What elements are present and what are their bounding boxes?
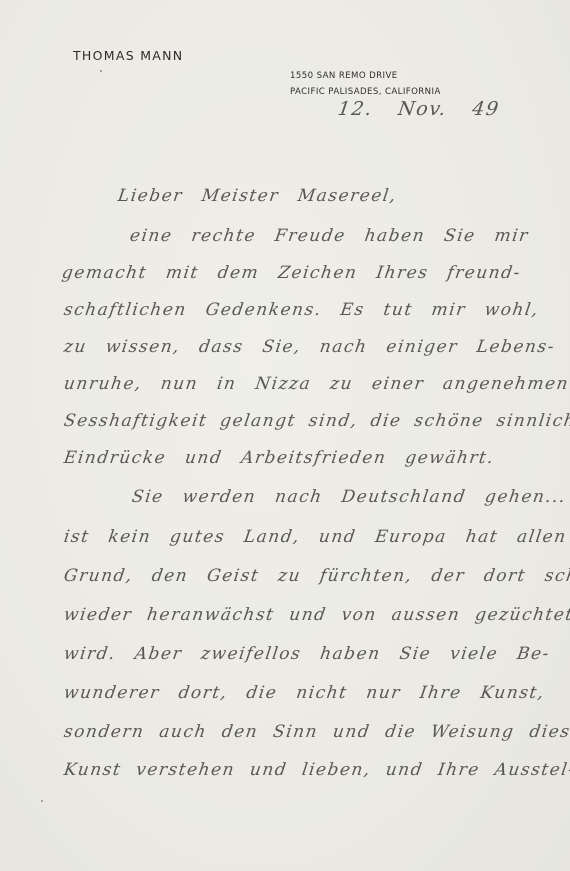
body-line-9: ist kein gutes Land, und Europa hat alle… [63, 527, 568, 547]
body-line-15: Kunst verstehen und lieben, und Ihre Aus… [63, 760, 570, 780]
body-line-4: zu wissen, dass Sie, nach einiger Lebens… [63, 337, 557, 357]
body-line-3: schaftlichen Gedenkens. Es tut mir wohl, [63, 300, 541, 320]
body-line-5: unruhe, nun in Nizza zu einer angenehmen [63, 374, 570, 394]
paper-speck [100, 70, 102, 72]
body-line-1: eine rechte Freude haben Sie mir [129, 226, 531, 246]
address-line-street: 1550 SAN REMO DRIVE [290, 68, 441, 84]
body-line-14: sondern auch den Sinn und die Weisung di… [63, 722, 570, 742]
body-line-8: Sie werden nach Deutschland gehen... Es [131, 487, 570, 507]
letter-paper: THOMAS MANN 1550 SAN REMO DRIVE PACIFIC … [0, 0, 570, 871]
salutation: Lieber Meister Masereel, [117, 186, 399, 206]
body-line-10: Grund, den Geist zu fürchten, der dort s… [63, 566, 570, 586]
letterhead-name: THOMAS MANN [73, 48, 183, 63]
body-line-7: Eindrücke und Arbeitsfrieden gewährt. [63, 448, 496, 468]
body-line-2: gemacht mit dem Zeichen Ihres freund- [61, 263, 523, 283]
letter-date: 12. Nov. 49 [336, 98, 501, 120]
body-line-12: wird. Aber zweifellos haben Sie viele Be… [63, 644, 552, 664]
letterhead-address: 1550 SAN REMO DRIVE PACIFIC PALISADES, C… [290, 68, 441, 100]
body-line-13: wunderer dort, die nicht nur Ihre Kunst, [63, 683, 547, 703]
paper-speck [41, 800, 43, 802]
body-line-6: Sesshaftigkeit gelangt sind, die schöne … [63, 411, 570, 431]
body-line-11: wieder heranwächst und von aussen gezüch… [63, 605, 570, 625]
